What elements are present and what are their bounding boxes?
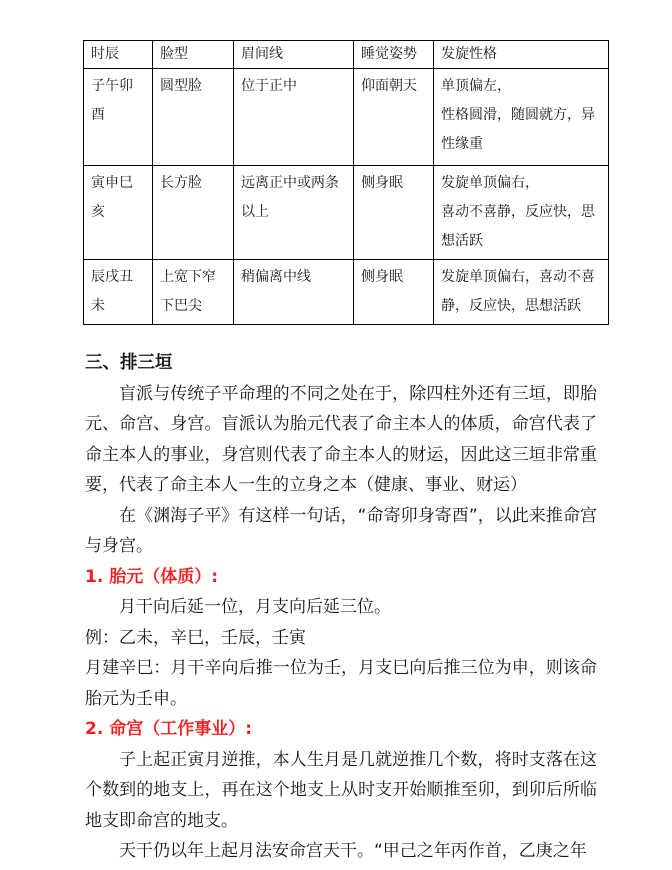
minggong-rule-paragraph: 子上起正寅月逆推，本人生月是几就逆推几个数，将时支落在这个数到的地支上，再在这个…: [85, 745, 597, 837]
minggong-tiangan-paragraph: 天干仍以年上起月法安命宫天干。“甲己之年丙作首，乙庚之年: [85, 836, 597, 867]
section-heading-pansanyuan: 三、排三垣: [85, 348, 597, 379]
red-subheading-taiyuan: 1. 胎元（体质）:: [85, 562, 597, 593]
table-cell: 稍偏离中线: [234, 260, 354, 325]
table-row: 子午卯酉 圆型脸 位于正中 仰面朝天 单顶偏左， 性格圆滑，随圆就方，异 性缘重: [84, 69, 609, 166]
table-cell: 发旋单顶偏右，喜动不喜 静，反应快，思想活跃: [434, 260, 609, 325]
table-cell: 侧身眠: [354, 260, 434, 325]
table-header-meijianxian: 眉间线: [234, 41, 354, 69]
document-page: 时辰 脸型 眉间线 睡觉姿势 发旋性格 子午卯酉 圆型脸 位于正中 仰面朝天 单…: [0, 0, 672, 870]
table-cell: 侧身眠: [354, 166, 434, 260]
taiyuan-example-paragraph: 例：乙未，辛巳，壬辰，壬寅: [85, 623, 597, 654]
table-cell: 仰面朝天: [354, 69, 434, 166]
table-cell: 远离正中或两条 以上: [234, 166, 354, 260]
table-cell: 位于正中: [234, 69, 354, 166]
table-header-faxuan: 发旋性格: [434, 41, 609, 69]
shichen-face-table: 时辰 脸型 眉间线 睡觉姿势 发旋性格 子午卯酉 圆型脸 位于正中 仰面朝天 单…: [83, 40, 609, 325]
table-cell: 辰戌丑未: [84, 260, 153, 325]
table-cell: 子午卯酉: [84, 69, 153, 166]
table-row: 寅申巳亥 长方脸 远离正中或两条 以上 侧身眠 发旋单顶偏右， 喜动不喜静，反应…: [84, 166, 609, 260]
table-cell: 寅申巳亥: [84, 166, 153, 260]
table-header-row: 时辰 脸型 眉间线 睡觉姿势 发旋性格: [84, 41, 609, 69]
table-header-lianxing: 脸型: [153, 41, 234, 69]
table-cell: 上宽下窄 下巴尖: [153, 260, 234, 325]
quote-paragraph: 在《渊海子平》有这样一句话，“命寄卯身寄酉”，以此来推命宫与身宫。: [85, 501, 597, 562]
table-cell: 长方脸: [153, 166, 234, 260]
table-cell: 单顶偏左， 性格圆滑，随圆就方，异 性缘重: [434, 69, 609, 166]
taiyuan-rule-paragraph: 月干向后延一位，月支向后延三位。: [85, 592, 597, 623]
table-header-shichen: 时辰: [84, 41, 153, 69]
document-body: 三、排三垣 盲派与传统子平命理的不同之处在于，除四柱外还有三垣，即胎元、命宫、身…: [85, 348, 597, 867]
table-cell: 圆型脸: [153, 69, 234, 166]
intro-paragraph: 盲派与传统子平命理的不同之处在于，除四柱外还有三垣，即胎元、命宫、身宫。盲派认为…: [85, 379, 597, 501]
table-header-shuijiao: 睡觉姿势: [354, 41, 434, 69]
red-subheading-minggong: 2. 命宫（工作事业）:: [85, 714, 597, 745]
table-row: 辰戌丑未 上宽下窄 下巴尖 稍偏离中线 侧身眠 发旋单顶偏右，喜动不喜 静，反应…: [84, 260, 609, 325]
table-cell: 发旋单顶偏右， 喜动不喜静，反应快，思 想活跃: [434, 166, 609, 260]
taiyuan-explain-paragraph: 月建辛巳：月干辛向后推一位为壬，月支巳向后推三位为申，则该命胎元为壬申。: [85, 653, 597, 714]
